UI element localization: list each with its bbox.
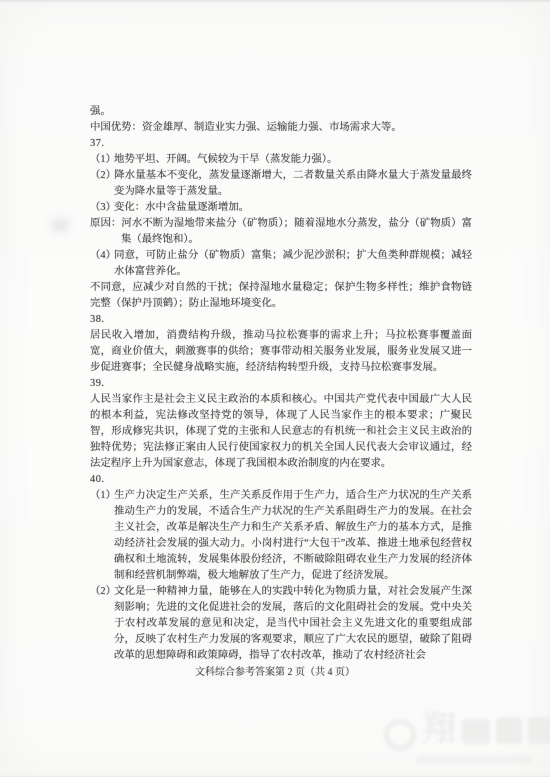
q40-item1: （1）生产力决定生产关系，生产关系反作用于生产力，适合生产力状况的生产关系推动生…: [90, 488, 472, 584]
q40-item1-marker: （1）: [90, 488, 114, 504]
watermark-url-smudge: [416, 755, 534, 764]
watermark-character: 翔: [422, 711, 456, 749]
q37-item3: （3）变化：水中含盐量逐渐增加。: [90, 200, 472, 216]
q36-china-advantages: 中国优势：资金雄厚、制造业实力强、运输能力强、市场需求大等。: [90, 120, 472, 136]
scan-edge-top: [0, 0, 550, 3]
q37-item4-disagree: 不同意，应减少对自然的干扰；保持湿地水量稳定；保护生物多样性；维护食物链完整（保…: [90, 280, 472, 312]
answer-text-block: 强。 中国优势：资金雄厚、制造业实力强、运输能力强、市场需求大等。 37. （1…: [90, 104, 472, 664]
q37-item4: （4）同意，可防止盐分（矿物质）富集；减少泥沙淤积；扩大鱼类种群规模；减轻水体富…: [90, 248, 472, 280]
q37-item2-marker: （2）: [90, 168, 114, 184]
q40-number: 40.: [90, 472, 472, 488]
q39-number: 39.: [90, 376, 472, 392]
q37-item4-marker: （4）: [90, 248, 114, 264]
q37-number: 37.: [90, 136, 472, 152]
q40-item2-marker: （2）: [90, 584, 114, 600]
q37-item3-reason: 原因：河水不断为湿地带来盐分（矿物质）；随着湿地水分蒸发，盐分（矿物质）富集（最…: [90, 216, 472, 248]
q40-item2-text: 文化是一种精神力量，能够在人的实践中转化为物质力量，对社会发展产生深刻影响；先进…: [114, 586, 472, 661]
q36-wrap-end: 强。: [90, 104, 472, 120]
q39-answer: 人民当家作主是社会主义民主政治的本质和核心。中国共产党代表中国最广大人民的根本利…: [90, 392, 472, 472]
q38-answer: 居民收入增加，消费结构升级，推动马拉松赛事的需求上升；马拉松赛事覆盖面宽，商业价…: [90, 328, 472, 376]
scan-smudge: [50, 218, 70, 232]
q37-item2: （2）降水量基本不变化，蒸发量逐渐增大，二者数量关系由降水量大于蒸发量最终变为降…: [90, 168, 472, 200]
watermark-blurred-glyph: [528, 717, 550, 744]
q40-item1-text: 生产力决定生产关系，生产关系反作用于生产力，适合生产力状况的生产关系推动生产力的…: [114, 490, 472, 581]
q37-item3-text: 变化：水中含盐量逐渐增加。: [114, 202, 249, 213]
q37-item1-marker: （1）: [90, 152, 114, 168]
watermark-blurred-glyph: [462, 719, 490, 744]
q37-item3-marker: （3）: [90, 200, 114, 216]
q37-item1: （1）地势平坦、开阔。气候较为干旱（蒸发能力强）。: [90, 152, 472, 168]
watermark-logo-icon: [384, 719, 416, 751]
q40-item2: （2）文化是一种精神力量，能够在人的实践中转化为物质力量，对社会发展产生深刻影响…: [90, 584, 472, 664]
scanned-answer-page: 强。 中国优势：资金雄厚、制造业实力强、运输能力强、市场需求大等。 37. （1…: [0, 0, 550, 777]
q37-item2-text: 降水量基本不变化，蒸发量逐渐增大，二者数量关系由降水量大于蒸发量最终变为降水量等…: [114, 170, 472, 197]
q38-number: 38.: [90, 312, 472, 328]
site-watermark: 翔: [382, 711, 550, 775]
watermark-blurred-glyph: [496, 717, 522, 744]
q37-item4-agree: 同意，可防止盐分（矿物质）富集；减少泥沙淤积；扩大鱼类种群规模；减轻水体富营养化…: [114, 250, 472, 277]
q37-item1-text: 地势平坦、开阔。气候较为干旱（蒸发能力强）。: [114, 154, 337, 165]
page-footer: 文科综合参考答案第 2 页（共 4 页）: [0, 665, 550, 681]
